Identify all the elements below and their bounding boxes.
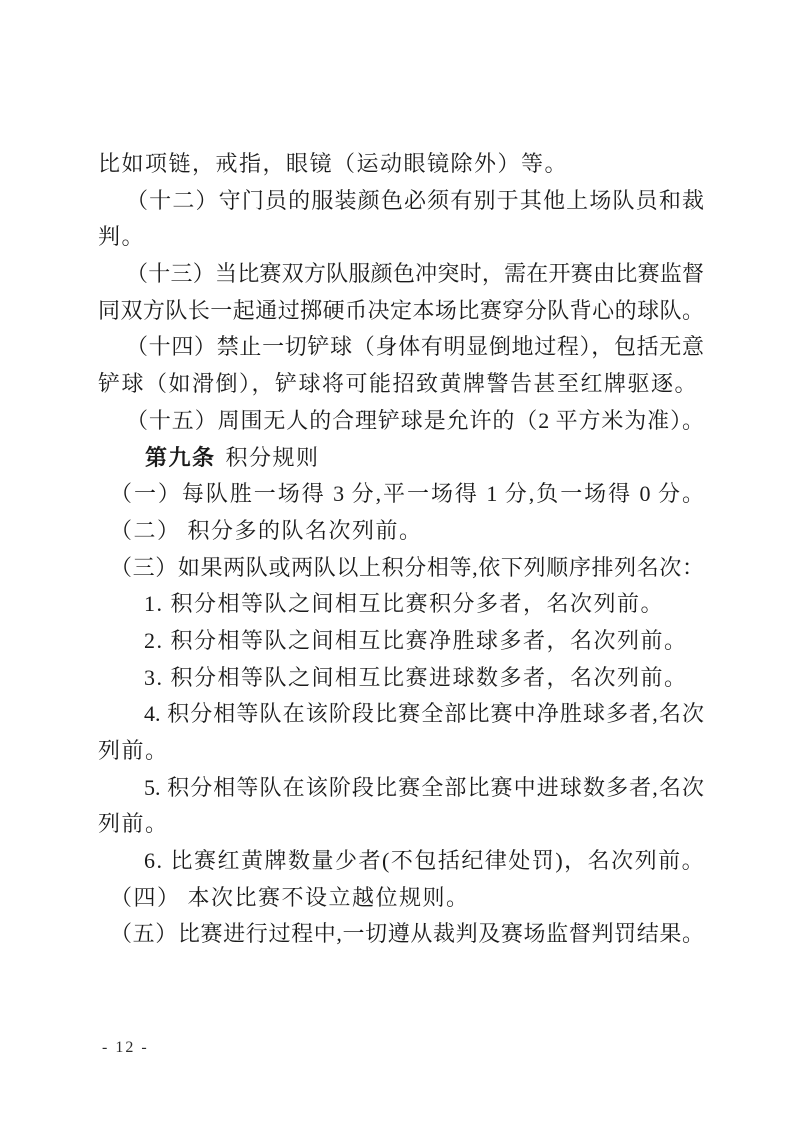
text-line: （十四）禁止一切铲球（身体有明显倒地过程），包括无意 [98,329,704,366]
text-line: 判。 [98,219,704,256]
text-line: 铲球（如滑倒），铲球将可能招致黄牌警告甚至红牌驱逐。 [98,366,704,403]
text-line: （十二）守门员的服装颜色必须有别于其他上场队员和裁 [98,183,704,220]
text-line: （十三）当比赛双方队服颜色冲突时，需在开赛由比赛监督 [98,256,704,293]
document-page: 比如项链，戒指，眼镜（运动眼镜除外）等。（十二）守门员的服装颜色必须有别于其他上… [0,0,794,1123]
text-line: 列前。 [98,806,704,843]
heading-title: 积分规则 [226,445,320,470]
page-number: - 12 - [102,1038,149,1058]
text-line: （四） 本次比赛不设立越位规则。 [98,880,704,917]
text-line: 5. 积分相等队在该阶段比赛全部比赛中进球数多者,名次 [98,770,704,807]
text-line: 列前。 [98,733,704,770]
text-line: 2. 积分相等队之间相互比赛净胜球多者，名次列前。 [98,623,704,660]
text-line: （一）每队胜一场得 3 分,平一场得 1 分,负一场得 0 分。 [98,476,704,513]
text-line: 1. 积分相等队之间相互比赛积分多者，名次列前。 [98,586,704,623]
heading-number: 第九条 [145,445,216,470]
text-line: （三）如果两队或两队以上积分相等,依下列顺序排列名次： [98,550,704,587]
text-line: 4. 积分相等队在该阶段比赛全部比赛中净胜球多者,名次 [98,696,704,733]
document-body: 比如项链，戒指，眼镜（运动眼镜除外）等。（十二）守门员的服装颜色必须有别于其他上… [98,146,704,953]
text-line: 6. 比赛红黄牌数量少者(不包括纪律处罚)，名次列前。 [98,843,704,880]
text-line: 比如项链，戒指，眼镜（运动眼镜除外）等。 [98,146,704,183]
text-line: 3. 积分相等队之间相互比赛进球数多者，名次列前。 [98,660,704,697]
text-line: 同双方队长一起通过掷硬币决定本场比赛穿分队背心的球队。 [98,293,704,330]
text-line: （五）比赛进行过程中,一切遵从裁判及赛场监督判罚结果。 [98,916,704,953]
text-line: （二） 积分多的队名次列前。 [98,513,704,550]
text-line: （十五）周围无人的合理铲球是允许的（2 平方米为准）。 [98,403,704,440]
section-heading: 第九条积分规则 [98,440,704,477]
